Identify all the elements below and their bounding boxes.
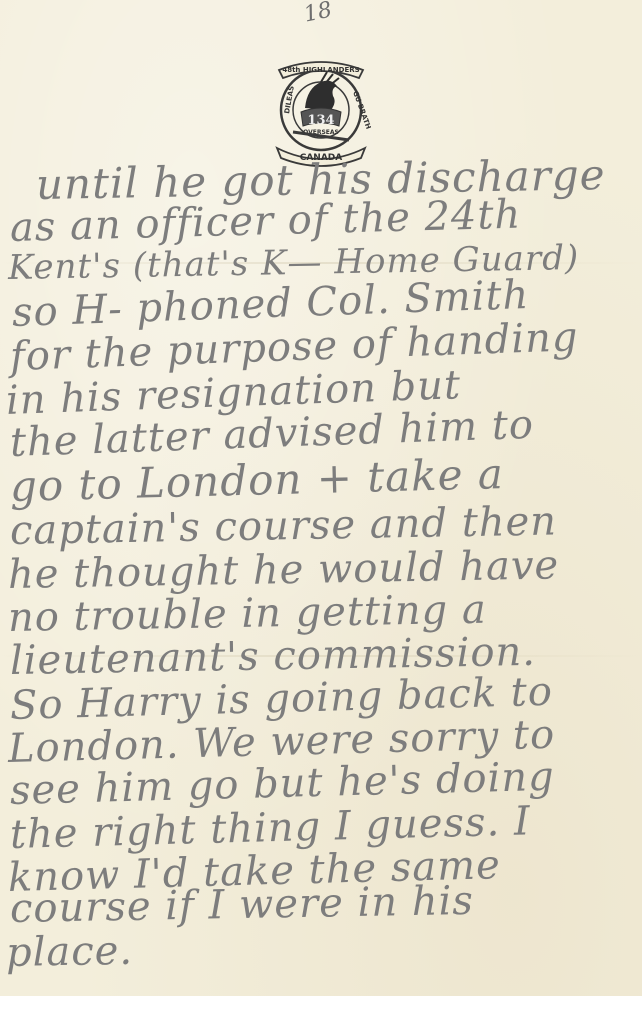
page-number: 18 [302,0,335,28]
crest-right-text: GU BRATH [351,90,371,131]
regimental-crest-icon: 48th HIGHLANDERS CANADA DILEAS GU BRATH … [271,52,371,170]
crest-banner-text: 48th HIGHLANDERS [282,66,359,74]
crest-left-text: DILEAS [283,85,296,114]
letter-page: 18 48th HIGHLANDERS CANADA DILEAS GU BRA… [0,0,642,996]
crest-number: 134 [307,113,334,128]
letter-line: place. [6,928,134,976]
letter-line: course if I were in his [10,878,475,932]
